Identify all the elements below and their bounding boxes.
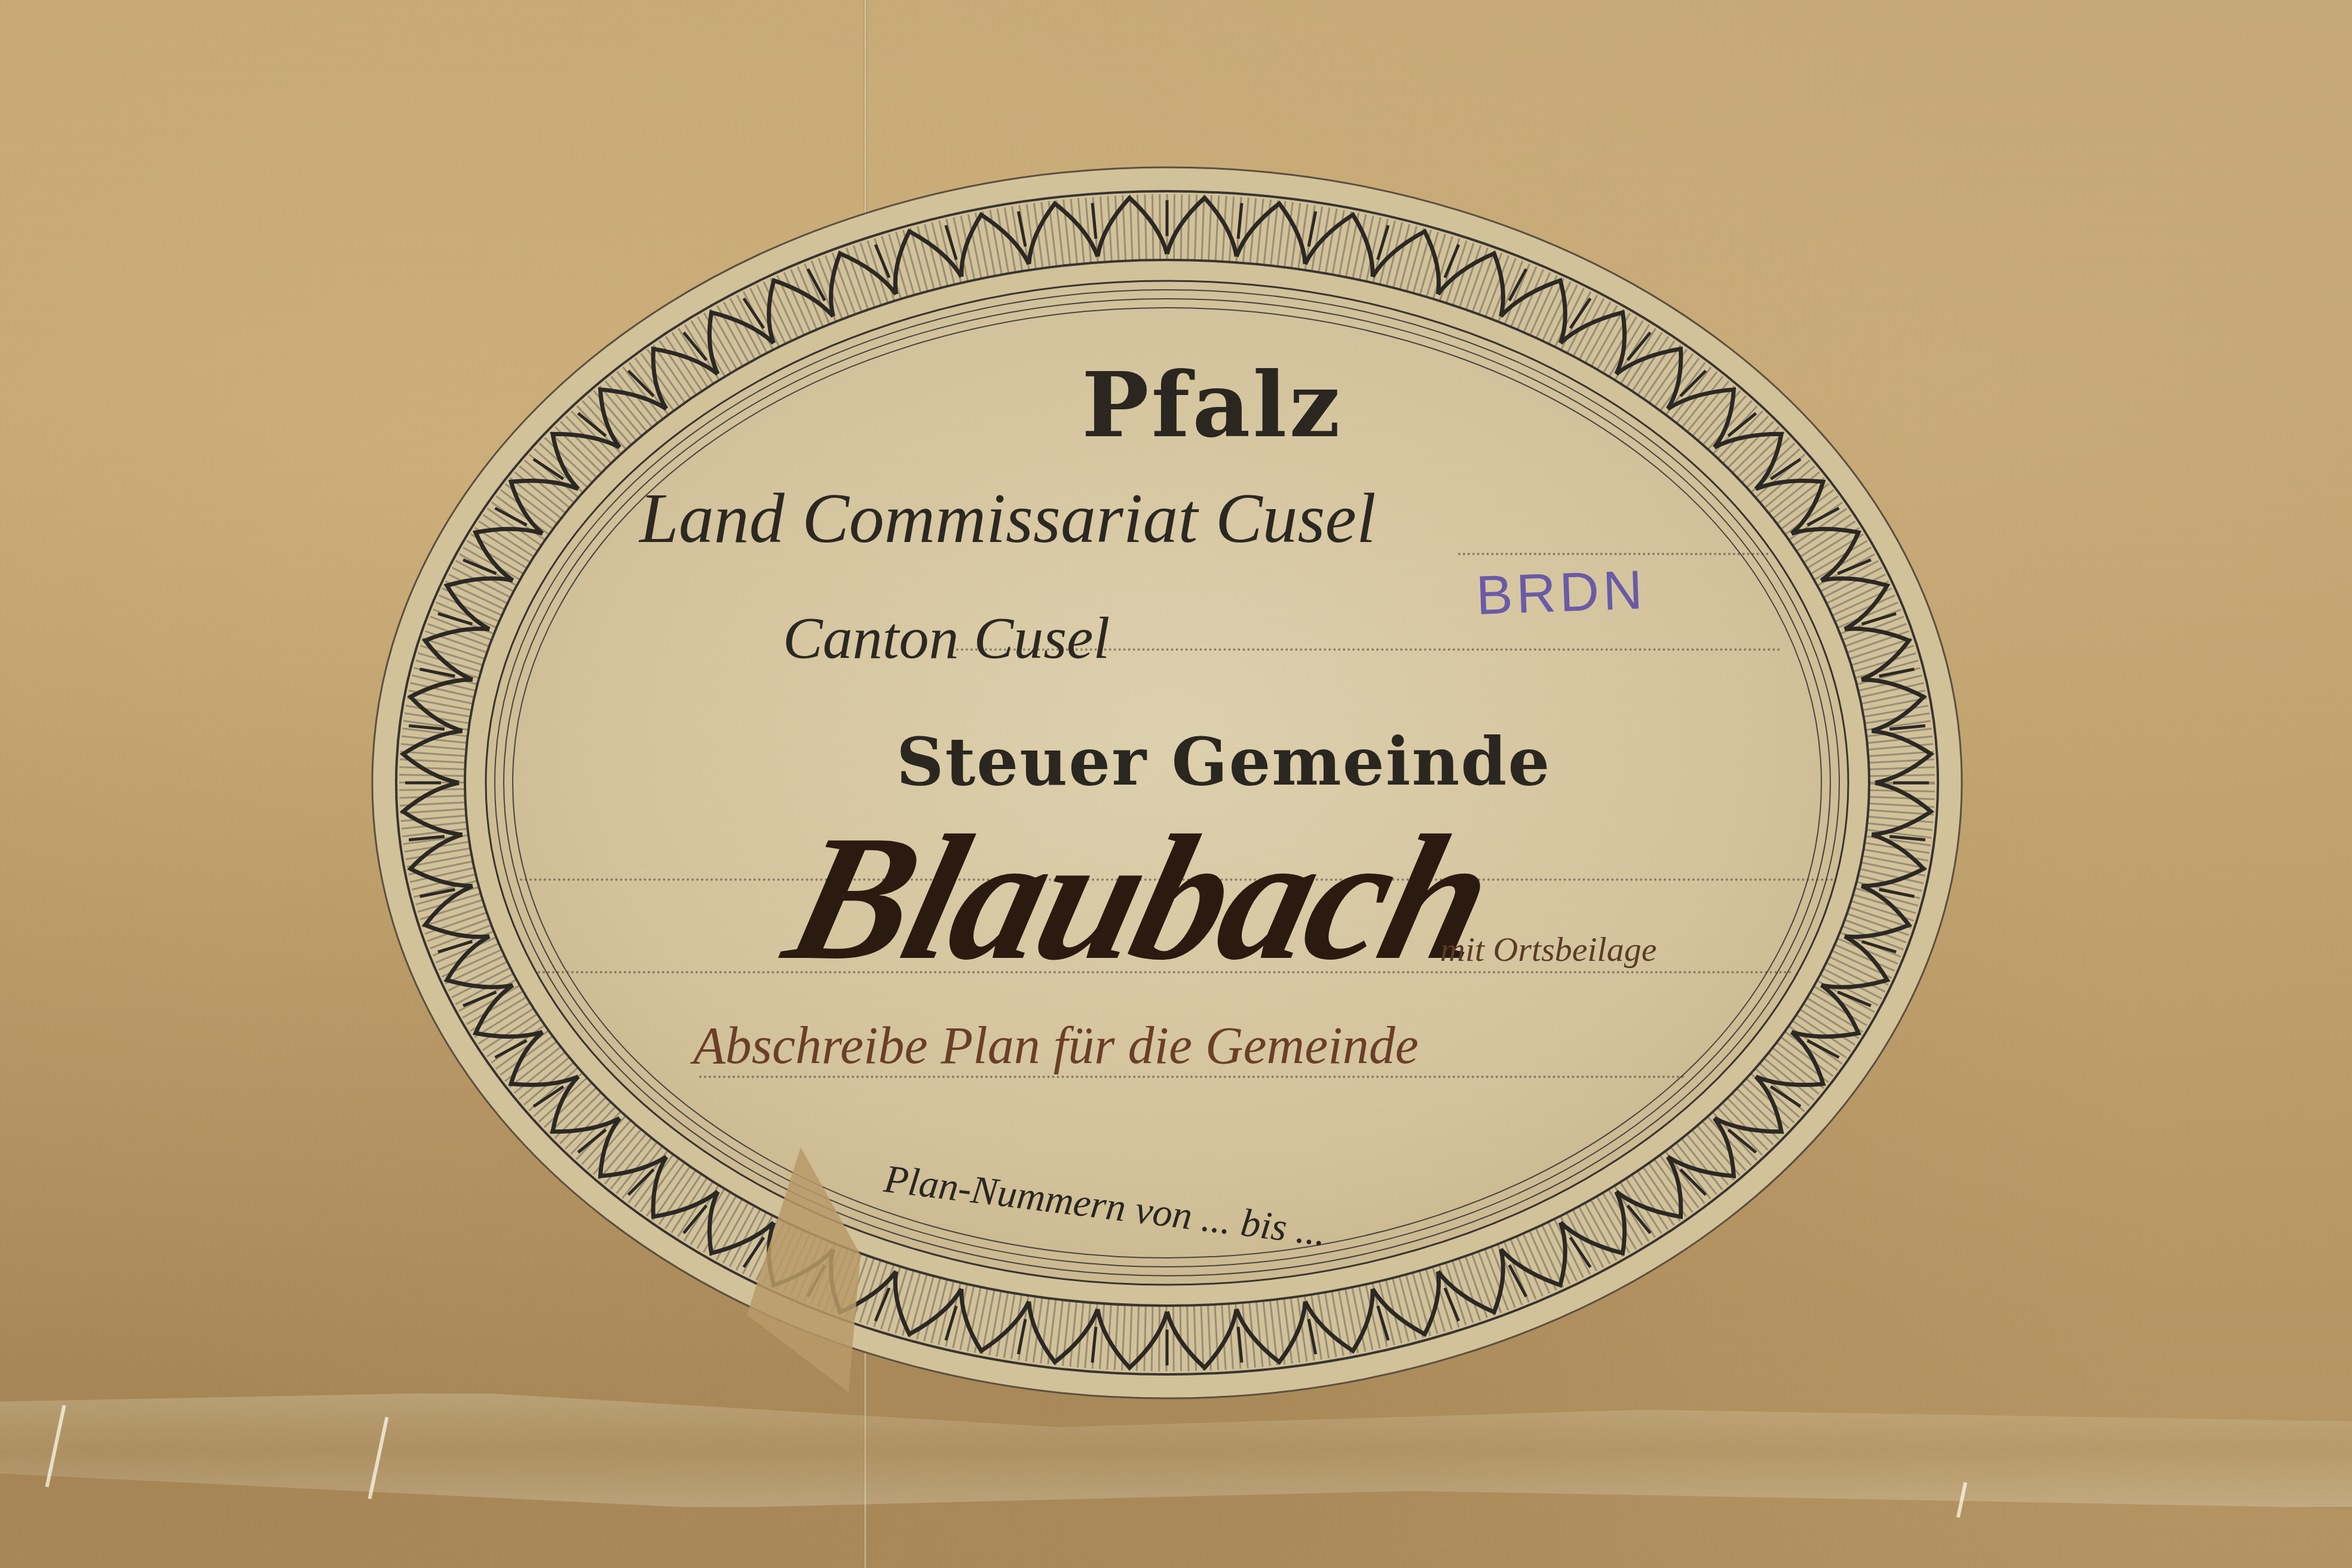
appendix-note: mit Ortsbeilage: [1440, 929, 1656, 969]
canton-line: Canton Cusel: [783, 604, 1110, 672]
plan-note: Abschreibe Plan für die Gemeinde: [693, 1016, 1419, 1076]
commissariat-line: Land Commissariat Cusel: [639, 478, 1376, 559]
municipality-name: Blaubach: [769, 795, 1509, 1001]
archive-stamp: BRDN: [1475, 559, 1647, 627]
municipality-heading: Steuer Gemeinde: [896, 723, 1551, 800]
form-dotted-line: [1458, 553, 1769, 555]
region-title: Pfalz: [1082, 353, 1343, 458]
